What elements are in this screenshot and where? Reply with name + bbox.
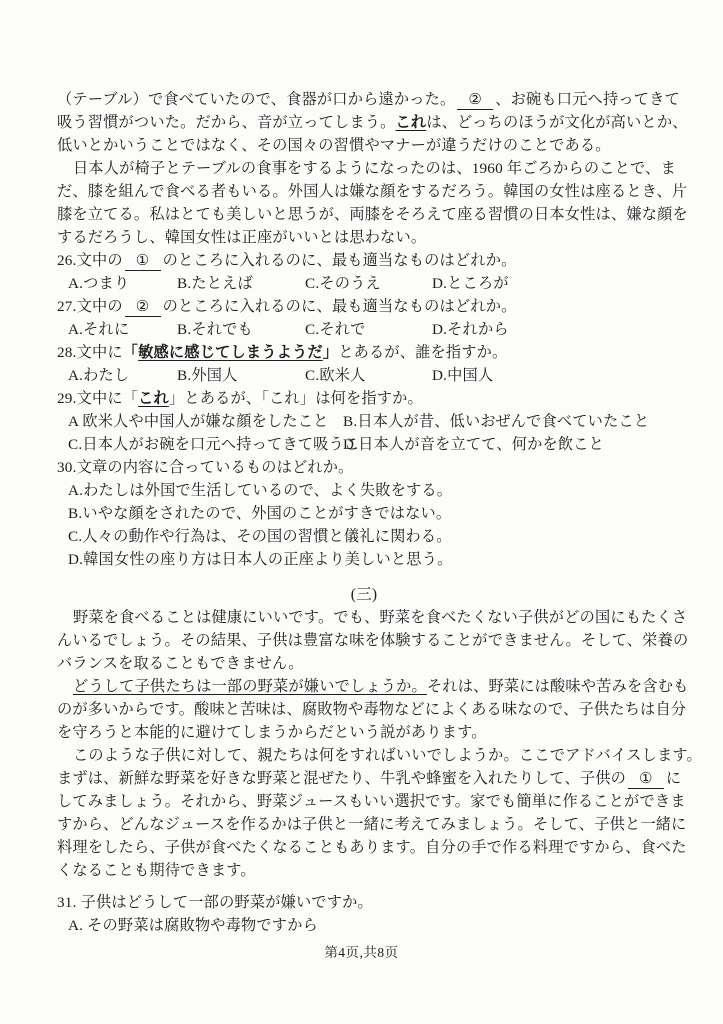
emphasized-text: 「 [123, 344, 138, 361]
text-line: 膝を立てる。私はとても美しいと思うが、両膝をそろえて座る習慣の日本女性は、嫌な顔… [57, 203, 671, 226]
option-item: D.中国人 [432, 364, 671, 387]
text-segment: 吸う習慣がついた。だから、音が立ってしまう。 [57, 114, 396, 131]
text-segment: に [666, 770, 681, 787]
option-item: B.日本人が昔、低いおぜんで食べていたこと [343, 410, 671, 433]
text-segment: くなることも期待できます。 [57, 862, 256, 879]
option-item: D.日本人が音を立てて、何かを飲こと [343, 433, 671, 456]
option-item: B.たとえば [177, 272, 305, 295]
options-row: A.それにB.それでもC.それでD.それから [57, 318, 671, 341]
option-item: B.外国人 [177, 364, 305, 387]
option-item: B.いやな顔をされたので、外国のことがすきではない。 [57, 502, 671, 525]
spacer [57, 882, 671, 891]
text-line: 30.文章の内容に合っているものはどれか。 [57, 456, 671, 479]
text-line: 日本人が椅子とテーブルの食事をするようになったのは、1960 年ごろからのことで… [57, 157, 671, 180]
options-row: A.つまりB.たとえばC.そのうえD.ところが [57, 272, 671, 295]
option-item: C.そのうえ [305, 272, 432, 295]
text-line: どうして子供たちは一部の野菜が嫌いでしょうか。それは、野菜には酸味や苦みを含むも [57, 675, 671, 698]
text-line: バランスを取ることもできません。 [57, 652, 671, 675]
option-item: D.韓国女性の座り方は日本人の正座より美しいと思う。 [57, 548, 671, 571]
text-segment: のところに入れるのに、最も適当なものはどれか。 [163, 252, 517, 269]
text-line: 低いとかいうことではなく、その国々の習慣やマナーが違うだけのことである。 [57, 134, 671, 157]
option-item: D.それから [432, 318, 671, 341]
text-segment: 」とあるが、「これ」は何を指すか。 [169, 390, 423, 407]
option-item: A.つまり [68, 272, 177, 295]
option-item: C.欧米人 [305, 364, 432, 387]
text-segment: 膝を立てる。私はとても美しいと思うが、両膝をそろえて座る習慣の日本女性は、嫌な顔… [57, 206, 688, 223]
text-segment: 野菜を食べることは健康にいいです。でも、野菜を食べたくない子供がどの国にもたくさ [73, 609, 687, 626]
text-segment: 29.文中に「 [57, 390, 138, 407]
page-number-label: 第4页,共8页 [324, 945, 398, 960]
blank-field: ① [125, 251, 161, 271]
text-line: 料理をしたら、子供が食べたくなることもあります。自分の手で作る料理ですから、食べ… [57, 836, 671, 859]
text-segment: 28.文中に [57, 344, 123, 361]
text-segment: 、お碗も口元へ持ってきて [495, 91, 680, 108]
text-segment: 27.文中の [57, 298, 123, 315]
text-segment: 料理をしたら、子供が食べたくなることもあります。自分の手で作る料理ですから、食べ… [57, 839, 687, 856]
spacer [57, 571, 671, 583]
option-item: C.日本人がお碗を口元へ持ってきて吸うこ [68, 433, 343, 456]
text-line: くなることも期待できます。 [57, 859, 671, 882]
text-segment: とあるが、誰を指すか。 [338, 344, 507, 361]
text-segment: バランスを取ることもできません。 [57, 655, 304, 672]
text-line: まずは、新鮮な野菜を好きな野菜と混ぜたり、牛乳や蜂蜜を入れたりして、子供の①に [57, 767, 671, 790]
option-item: C.人々の動作や行為は、その国の習慣と儀礼に関わる。 [57, 525, 671, 548]
option-item: A.わたし [68, 364, 177, 387]
document-page: （テーブル）で食べていたので、食器が口から遠かった。②、お碗も口元へ持ってきて吸… [0, 0, 723, 1024]
text-segment: のところに入れるのに、最も適当なものはどれか。 [163, 298, 517, 315]
emphasized-text: これ [138, 390, 169, 407]
text-line: のが多いからです。酸味と苦味は、腐敗物や毒物などによくある味なので、子供たちは自… [57, 698, 671, 721]
option-item: D.ところが [432, 272, 671, 295]
text-segment: してみましょう。それから、野菜ジュースもいい選択です。家でも簡単に作ることができ… [57, 793, 686, 810]
text-segment: んいるでしょう。その結果、子供は豊富な味を体験することができません。そして、栄養… [57, 632, 688, 649]
text-line: してみましょう。それから、野菜ジュースもいい選択です。家でも簡単に作ることができ… [57, 790, 671, 813]
text-segment: のが多いからです。酸味と苦味は、腐敗物や毒物などによくある味なので、子供たちは自… [57, 701, 686, 718]
text-line: 26.文中の①のところに入れるのに、最も適当なものはどれか。 [57, 249, 671, 272]
option-item: A 欧米人や中国人が嫌な顔をしたこと [68, 410, 343, 433]
text-line: するだろうし、韓国女性は正座がいいとは思わない。 [57, 226, 671, 249]
emphasized-text: 敏感に感じてしまうようだ [138, 344, 323, 361]
text-segment: は、どっちのほうが文化が高いとか、 [426, 114, 687, 131]
text-segment: するだろうし、韓国女性は正座がいいとは思わない。 [57, 229, 426, 246]
emphasized-text: これ [396, 114, 427, 131]
text-segment: （テーブル）で食べていたので、食器が口から遠かった。 [57, 91, 455, 108]
text-segment: 26.文中の [57, 252, 123, 269]
option-item: A.わたしは外国で生活しているので、よく失敗をする。 [57, 479, 671, 502]
text-segment: だ、膝を組んで食べる者もいる。外国人は嫌な顔をするだろう。韓国の女性は座るとき、… [57, 183, 687, 200]
option-item: A. その野菜は腐敗物や毒物ですから [57, 914, 671, 937]
option-item: A.それに [68, 318, 177, 341]
text-line: このような子供に対して、親たちは何をすればいいでしようか。ここでアドバイスします… [57, 744, 671, 767]
text-segment: それは、野菜には酸味や苦みを含むも [427, 678, 689, 695]
options-row: A.わたしB.外国人C.欧米人D.中国人 [57, 364, 671, 387]
text-segment: 低いとかいうことではなく、その国々の習慣やマナーが違うだけのことである。 [57, 137, 611, 154]
text-line: を守ろうと本能的に避けてしまうからだという説があります。 [57, 721, 671, 744]
text-line: すから、どんなジュースを作るかは子供と一緒に考えてみましょう。そして、子供と一緒… [57, 813, 671, 836]
text-line: （テーブル）で食べていたので、食器が口から遠かった。②、お碗も口元へ持ってきて [57, 88, 671, 111]
text-line: 27.文中の②のところに入れるのに、最も適当なものはどれか。 [57, 295, 671, 318]
blank-field: ① [628, 769, 664, 789]
emphasized-text: どうして子供たちは一部の野菜が嫌いでしょうか。 [73, 678, 427, 695]
option-item: B.それでも [177, 318, 305, 341]
text-segment: すから、どんなジュースを作るかは子供と一緒に考えてみましょう。そして、子供と一緒… [57, 816, 687, 833]
blank-field: ② [457, 90, 493, 110]
exam-content: （テーブル）で食べていたので、食器が口から遠かった。②、お碗も口元へ持ってきて吸… [57, 88, 671, 937]
options-row: C.日本人がお碗を口元へ持ってきて吸うこD.日本人が音を立てて、何かを飲こと [57, 433, 671, 456]
text-segment: 31. 子供はどうして一部の野菜が嫌いですか。 [57, 894, 373, 911]
options-row: A 欧米人や中国人が嫌な顔をしたことB.日本人が昔、低いおぜんで食べていたこと [57, 410, 671, 433]
text-line: 29.文中に「これ」とあるが、「これ」は何を指すか。 [57, 387, 671, 410]
page-footer: 第4页,共8页 [0, 941, 723, 961]
text-segment: まずは、新鮮な野菜を好きな野菜と混ぜたり、牛乳や蜂蜜を入れたりして、子供の [57, 770, 626, 787]
option-item: C.それで [305, 318, 432, 341]
text-line: 吸う習慣がついた。だから、音が立ってしまう。これは、どっちのほうが文化が高いとか… [57, 111, 671, 134]
section-heading: (三) [57, 583, 671, 606]
text-line: 31. 子供はどうして一部の野菜が嫌いですか。 [57, 891, 671, 914]
emphasized-text: 」 [323, 344, 338, 361]
text-line: だ、膝を組んで食べる者もいる。外国人は嫌な顔をするだろう。韓国の女性は座るとき、… [57, 180, 671, 203]
text-line: 28.文中に「敏感に感じてしまうようだ」とあるが、誰を指すか。 [57, 341, 671, 364]
text-segment: このような子供に対して、親たちは何をすればいいでしようか。ここでアドバイスします… [73, 747, 702, 764]
text-segment: 30.文章の内容に合っているものはどれか。 [57, 459, 354, 476]
text-line: んいるでしょう。その結果、子供は豊富な味を体験することができません。そして、栄養… [57, 629, 671, 652]
blank-field: ② [125, 297, 161, 317]
text-segment: 日本人が椅子とテーブルの食事をするようになったのは、1960 年ごろからのことで… [73, 160, 676, 177]
text-segment: を守ろうと本能的に避けてしまうからだという説があります。 [57, 724, 487, 741]
text-line: 野菜を食べることは健康にいいです。でも、野菜を食べたくない子供がどの国にもたくさ [57, 606, 671, 629]
